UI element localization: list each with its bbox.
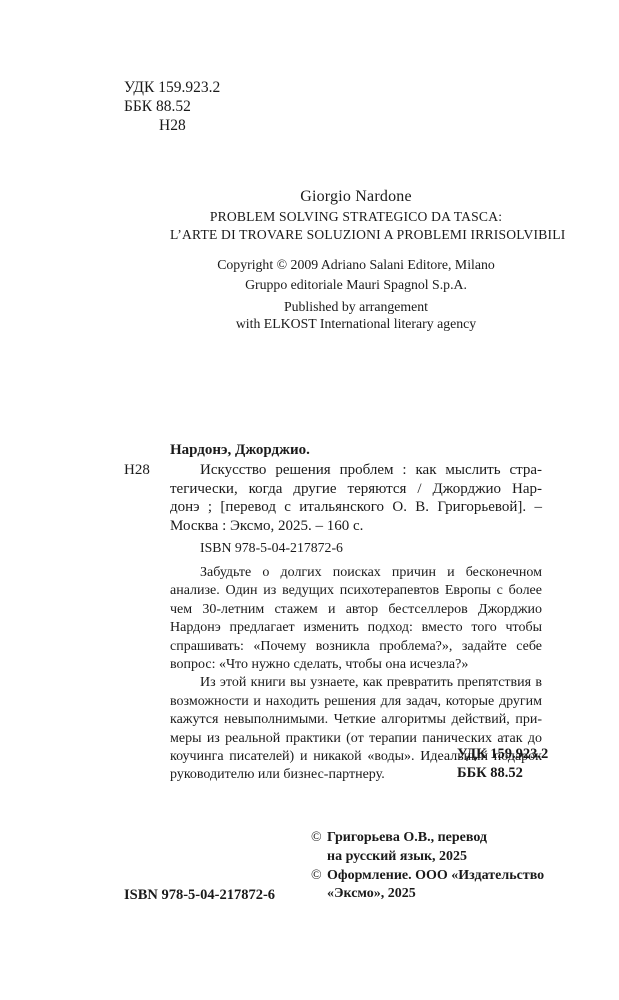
copyright-line: ©Григорьева О.В., перевод (311, 829, 544, 848)
copyright-line: ©Оформление. ООО «Издательство (311, 867, 544, 886)
bib-author-mark: Н28 (124, 461, 150, 480)
original-title-line-2: L’ARTE DI TROVARE SOLUZIONI A PROBLEMI I… (170, 226, 542, 244)
copyright-notices: ©Григорьева О.В., переводна русский язык… (311, 829, 544, 904)
copyright-icon: © (311, 867, 327, 886)
copyright-line: на русский язык, 2025 (311, 848, 544, 867)
copyright-line: «Эксмо», 2025 (311, 885, 544, 904)
original-edition-block: Giorgio Nardone PROBLEM SOLVING STRATEGI… (170, 186, 542, 332)
copyright-text: Оформление. ООО «Издательство (327, 867, 544, 886)
published-by-line-2: with ELKOST International literary agenc… (170, 315, 542, 332)
copyright-icon (311, 885, 327, 904)
copyright-icon: © (311, 829, 327, 848)
copyright-text: на русский язык, 2025 (327, 848, 467, 867)
original-copyright: Copyright © 2009 Adriano Salani Editore,… (170, 254, 542, 275)
udk-code-bold: УДК 159.923.2 (457, 745, 548, 764)
copyright-text: «Эксмо», 2025 (327, 885, 416, 904)
copyright-icon (311, 848, 327, 867)
bib-description-line: Москва : Эксмо, 2025. – 160 с. (170, 517, 542, 536)
original-author: Giorgio Nardone (170, 186, 542, 208)
udk-code: УДК 159.923.2 (124, 78, 220, 97)
publisher-group: Gruppo editoriale Mauri Spagnol S.p.A. (170, 275, 542, 295)
bib-description: Искусство решения проблем : как мыслить … (170, 461, 542, 535)
isbn-bottom: ISBN 978-5-04-217872-6 (124, 886, 275, 905)
annotation-paragraph: Забудьте о долгих поисках причин и беско… (170, 564, 542, 674)
bib-isbn: ISBN 978-5-04-217872-6 (200, 539, 343, 557)
bbk-code: ББК 88.52 (124, 97, 220, 116)
original-title-line-1: PROBLEM SOLVING STRATEGICO DA TASCA: (170, 208, 542, 226)
top-classification: УДК 159.923.2 ББК 88.52 Н28 (124, 78, 220, 135)
classification-bold: УДК 159.923.2 ББК 88.52 (457, 745, 548, 783)
bib-heading: Нардонэ, Джорджио. (170, 441, 310, 460)
copyright-page: УДК 159.923.2 ББК 88.52 Н28 Giorgio Nard… (0, 0, 619, 1000)
bib-description-line: донэ ; [перевод с итальянского О. В. Гри… (170, 498, 542, 517)
author-mark: Н28 (124, 116, 220, 135)
copyright-text: Григорьева О.В., перевод (327, 829, 487, 848)
published-by-line-1: Published by arrangement (170, 298, 542, 315)
bib-description-line: Искусство решения проблем : как мыслить … (170, 461, 542, 480)
bib-description-line: тегически, когда другие теряются / Джорд… (170, 480, 542, 499)
bbk-code-bold: ББК 88.52 (457, 764, 548, 783)
